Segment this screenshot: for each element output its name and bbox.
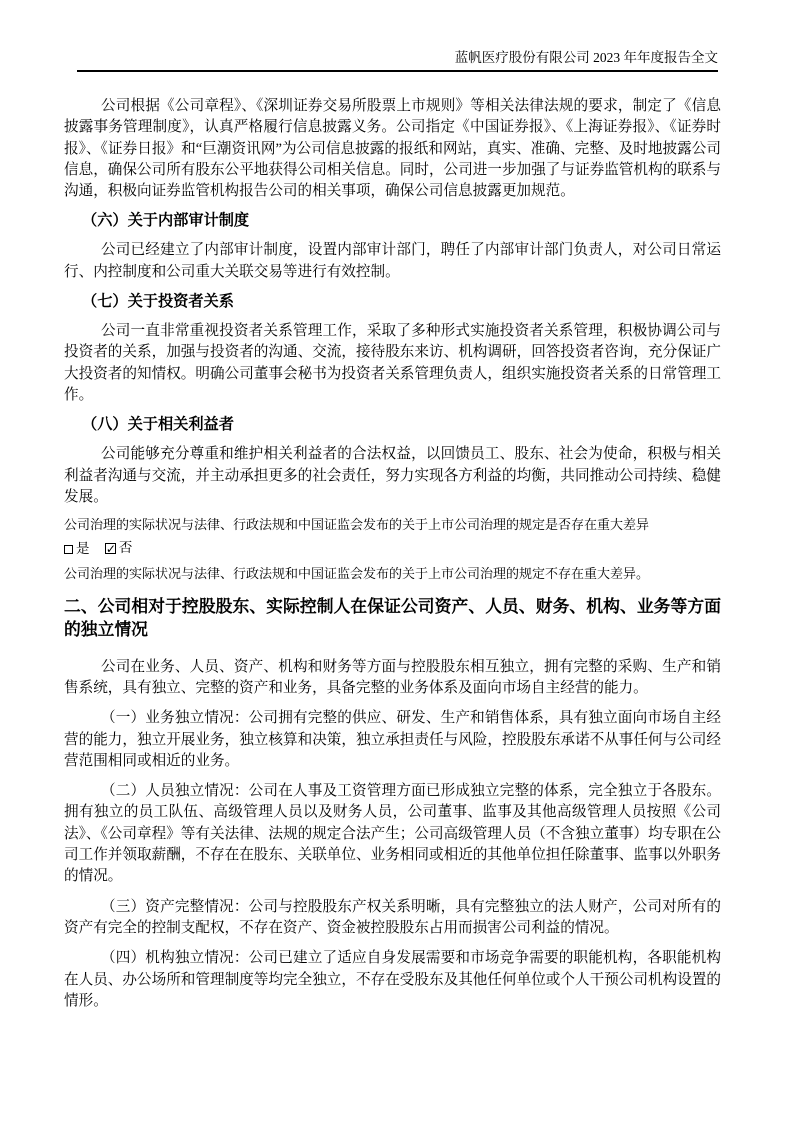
heading-independence-section: 二、公司相对于控股股东、实际控制人在保证公司资产、人员、财务、机构、业务等方面的…	[64, 595, 721, 641]
option-yes: 是	[64, 541, 90, 557]
option-yes-label: 是	[76, 541, 90, 557]
statement-difference-answer: 公司治理的实际状况与法律、行政法规和中国证监会发布的关于上市公司治理的规定不存在…	[64, 566, 721, 581]
paragraph-business-independence: （一）业务独立情况：公司拥有完整的供应、研发、生产和销售体系，具有独立面向市场自…	[64, 708, 721, 772]
page-content: 公司根据《公司章程》、《深圳证券交易所股票上市规则》等相关法律法规的要求，制定了…	[64, 96, 721, 1012]
statement-difference-question: 公司治理的实际状况与法律、行政法规和中国证监会发布的关于上市公司治理的规定是否存…	[64, 517, 721, 532]
report-page: 蓝帆医疗股份有限公司 2023 年年度报告全文 公司根据《公司章程》、《深圳证券…	[0, 0, 793, 1122]
page-header: 蓝帆医疗股份有限公司 2023 年年度报告全文	[77, 0, 718, 72]
paragraph-stakeholders: 公司能够充分尊重和维护相关利益者的合法权益，以回馈员工、股东、社会为使命，积极与…	[64, 444, 721, 508]
paragraph-organization-independence: （四）机构独立情况：公司已建立了适应自身发展需要和市场竞争需要的职能机构，各职能…	[64, 948, 721, 1012]
checkbox-row: 是 否	[64, 540, 721, 558]
paragraph-asset-integrity: （三）资产完整情况：公司与控股股东产权关系明晰，具有完整独立的法人财产，公司对所…	[64, 897, 721, 940]
heading-internal-audit: （六）关于内部审计制度	[64, 212, 721, 230]
option-no-label: 否	[119, 540, 133, 556]
checkbox-unchecked-icon	[64, 545, 73, 554]
heading-investor-relations: （七）关于投资者关系	[64, 293, 721, 311]
paragraph-independence-overview: 公司在业务、人员、资产、机构和财务等方面与控股股东相互独立，拥有完整的采购、生产…	[64, 657, 721, 700]
header-title: 蓝帆医疗股份有限公司 2023 年年度报告全文	[455, 50, 718, 65]
heading-stakeholders: （八）关于相关利益者	[64, 416, 721, 434]
checkbox-checked-icon	[105, 543, 116, 554]
paragraph-info-disclosure: 公司根据《公司章程》、《深圳证券交易所股票上市规则》等相关法律法规的要求，制定了…	[64, 96, 721, 202]
option-no: 否	[105, 540, 133, 556]
paragraph-personnel-independence: （二）人员独立情况：公司在人事及工资管理方面已形成独立完整的体系，完全独立于各股…	[64, 781, 721, 887]
paragraph-investor-relations: 公司一直非常重视投资者关系管理工作，采取了多种形式实施投资者关系管理，积极协调公…	[64, 321, 721, 406]
paragraph-internal-audit: 公司已经建立了内部审计制度，设置内部审计部门，聘任了内部审计部门负责人，对公司日…	[64, 240, 721, 283]
